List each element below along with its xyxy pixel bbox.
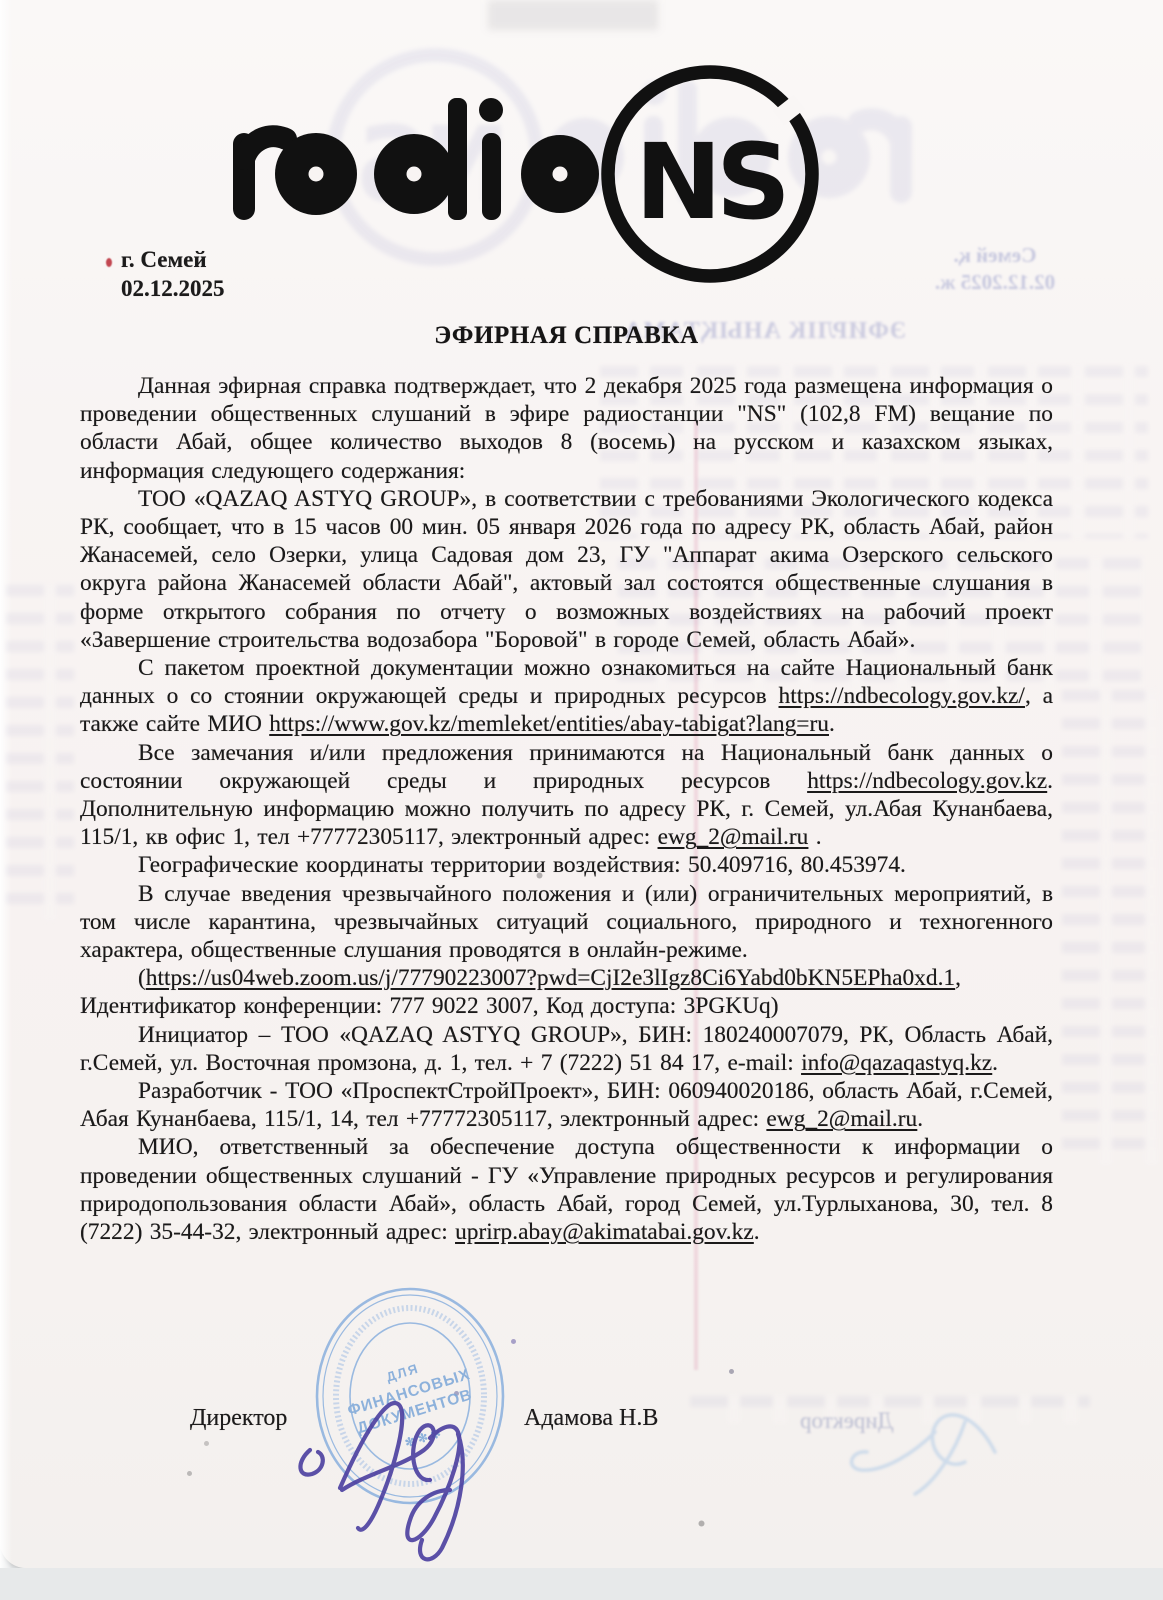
director-label: Директор	[190, 1405, 287, 1432]
text-run: .	[754, 1219, 760, 1245]
link-text: ewg_2@mail.ru	[766, 1106, 917, 1132]
document-page: NS NS г. Семей 02.12.2025 Сем	[0, 0, 1163, 1568]
text-run: .	[917, 1106, 923, 1132]
scanned-document: NS NS г. Семей 02.12.2025 Сем	[0, 0, 1163, 1600]
paragraph: Разработчик - ТОО «ПроспектСтройПроект»,…	[80, 1077, 1053, 1133]
text-run: .	[992, 1050, 998, 1076]
radio-ns-logo: NS	[220, 55, 840, 295]
signer-name: Адамова Н.В	[524, 1405, 658, 1432]
bleed-through-city: Семей қ.	[930, 242, 1060, 269]
paragraph: С пакетом проектной документации можно о…	[80, 654, 1053, 739]
city-label: г. Семей	[121, 247, 207, 273]
date-label: 02.12.2025	[121, 276, 225, 302]
paragraph: Все замечания и/или предложения принимаю…	[80, 739, 1053, 852]
paragraph: В случае введения чрезвычайного положени…	[80, 880, 1053, 965]
logo-ns-text: NS	[635, 121, 785, 243]
text-run: Географические координаты территории воз…	[138, 852, 906, 878]
text-run: .	[829, 711, 835, 737]
bleed-through-signature	[815, 1392, 1025, 1502]
paragraph: ТОО «QAZAQ ASTYQ GROUP», в соответствии …	[80, 485, 1053, 654]
link-text: https://www.gov.kz/memleket/entities/aba…	[269, 711, 829, 737]
ink-speck	[106, 258, 112, 267]
text-run: (	[138, 965, 146, 991]
bleed-through-city-date: Семей қ. 02.12.2025 ж.	[930, 242, 1060, 296]
text-run: ТОО «QAZAQ ASTYQ GROUP», в соответствии …	[80, 486, 1053, 653]
scan-smudge	[488, 0, 658, 30]
paragraph: (https://us04web.zoom.us/j/77790223007?p…	[80, 964, 1053, 1020]
paragraph: Данная эфирная справка подтверждает, что…	[80, 372, 1053, 485]
paragraph: Географические координаты территории воз…	[80, 851, 1053, 879]
text-run: В случае введения чрезвычайного положени…	[80, 881, 1053, 963]
paragraph: Инициатор – ТОО «QAZAQ ASTYQ GROUP», БИН…	[80, 1021, 1053, 1077]
link-text: https://ndbecology.gov.kz/	[779, 683, 1025, 709]
text-run: Данная эфирная справка подтверждает, что…	[80, 373, 1053, 484]
document-title: ЭФИРНАЯ СПРАВКА	[80, 322, 1053, 350]
bleed-through-date: 02.12.2025 ж.	[930, 269, 1060, 296]
document-body: Данная эфирная справка подтверждает, что…	[80, 372, 1053, 1246]
link-text: info@qazaqastyq.kz	[801, 1050, 992, 1076]
link-text: uprirp.abay@akimatabai.gov.kz	[455, 1219, 754, 1245]
link-text: ewg_2@mail.ru	[658, 824, 809, 850]
signature-ink	[282, 1378, 527, 1568]
radio-ns-logo-graphic: NS	[220, 55, 840, 295]
link-text: https://ndbecology.gov.kz	[807, 768, 1047, 794]
paragraph: МИО, ответственный за обеспечение доступ…	[80, 1133, 1053, 1246]
scanner-background	[0, 1568, 1163, 1600]
text-run: .	[808, 824, 821, 850]
bleed-through-lines	[6, 585, 74, 920]
bleed-through-lines	[1062, 690, 1158, 1165]
link-text: https://us04web.zoom.us/j/77790223007?pw…	[146, 965, 955, 991]
